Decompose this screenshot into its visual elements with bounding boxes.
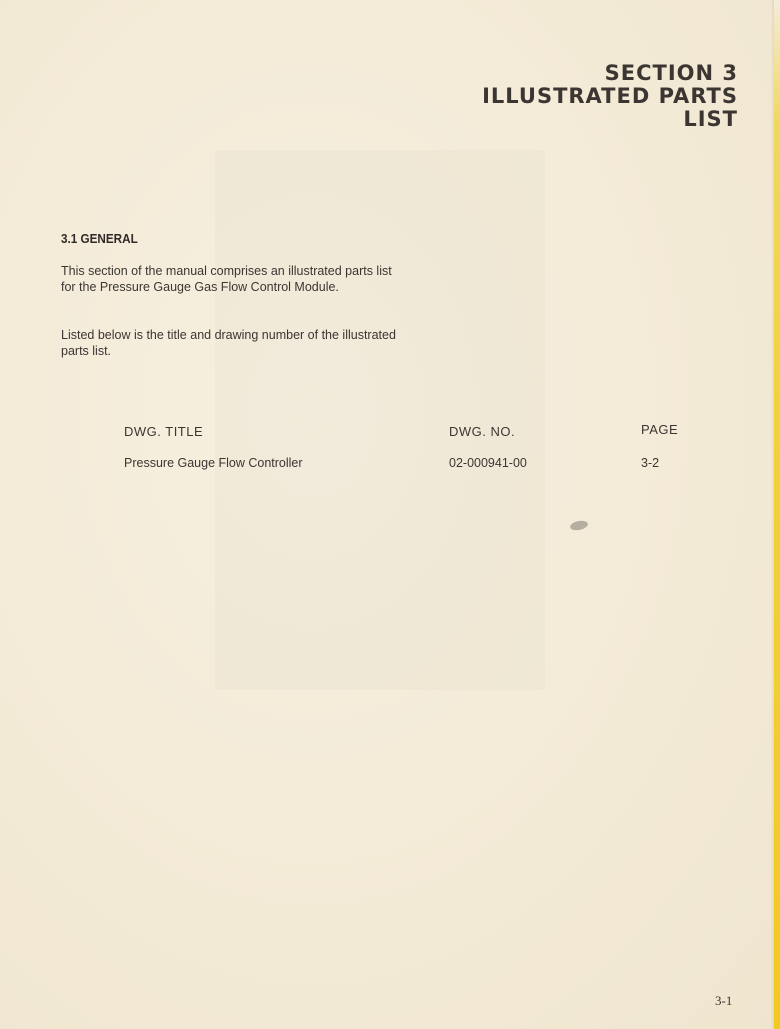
yellow-page-edge [774, 0, 780, 1029]
ink-smudge [569, 519, 588, 532]
page-number: 3-1 [715, 993, 732, 1009]
general-heading: 3.1 GENERAL [61, 231, 138, 246]
row-page: 3-2 [641, 456, 659, 470]
general-paragraph-1: This section of the manual comprises an … [61, 263, 401, 295]
header-dwg-title: DWG. TITLE [124, 424, 203, 439]
document-page: SECTION 3 ILLUSTRATED PARTS LIST 3.1 GEN… [0, 0, 780, 1029]
section-title-line-3: LIST [482, 108, 738, 131]
row-dwg-no: 02-000941-00 [449, 456, 527, 470]
row-dwg-title: Pressure Gauge Flow Controller [124, 456, 303, 470]
section-title-line-1: SECTION 3 [482, 62, 738, 85]
header-page: PAGE [641, 422, 678, 437]
section-title: SECTION 3 ILLUSTRATED PARTS LIST [482, 62, 738, 131]
header-dwg-no: DWG. NO. [449, 424, 515, 439]
section-title-line-2: ILLUSTRATED PARTS [482, 85, 738, 108]
general-paragraph-2: Listed below is the title and drawing nu… [61, 327, 401, 359]
bleed-through-drawing [215, 150, 545, 690]
